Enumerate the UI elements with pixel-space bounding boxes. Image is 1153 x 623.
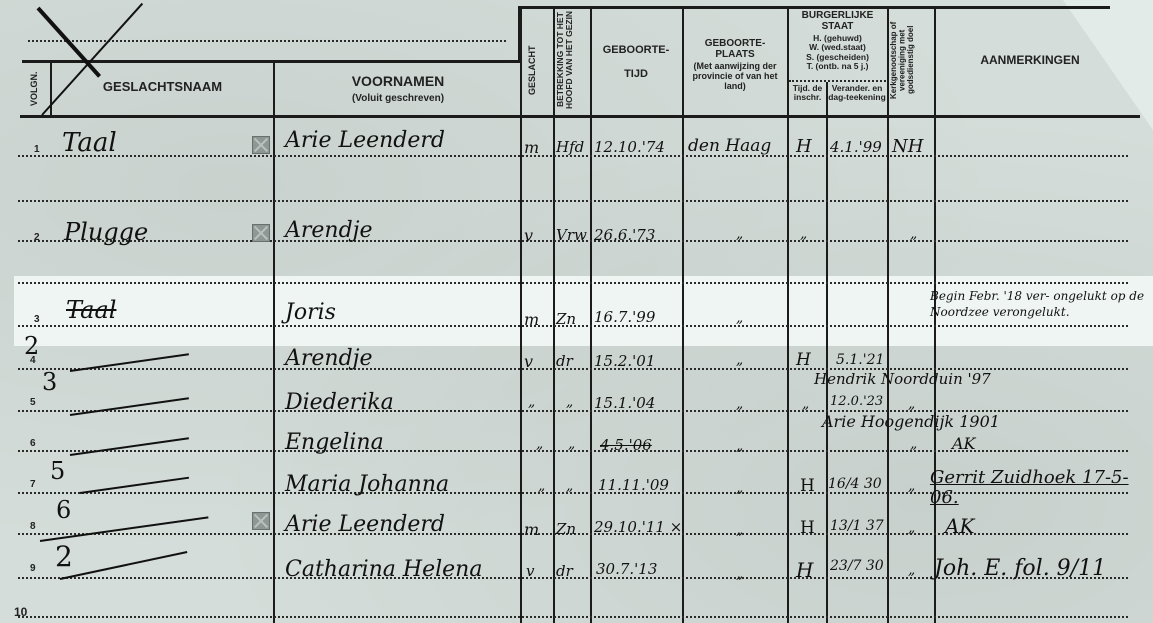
header-geboortetijd-2: TIJD: [592, 68, 680, 80]
relation: dr: [556, 352, 573, 370]
header-voornamen-sub: (Voluit geschreven): [278, 93, 518, 104]
birth-place: den Haag: [688, 136, 771, 156]
civil-date: 12.0.'23: [830, 394, 883, 409]
sex: v: [526, 562, 534, 580]
relation: Vrw: [556, 226, 587, 244]
row-number: 2: [34, 232, 40, 243]
header-kerkgenootschap: Kerkgenootschap of vereeniging met godsd…: [890, 8, 932, 112]
row-line: [18, 282, 1128, 284]
birth-date: 11.11.'09: [598, 476, 669, 494]
header-aanmerkingen: AANMERKINGEN: [940, 54, 1120, 67]
civil-date: 13/1 37: [830, 518, 884, 534]
church: „: [908, 520, 915, 536]
surname: Taal: [66, 296, 116, 324]
first-names: Arendje: [285, 218, 373, 243]
col-rule: [682, 6, 684, 623]
civil-date: 16/4 30: [828, 476, 882, 492]
header-geboortetijd: GEBOORTE-: [592, 44, 680, 56]
header-top-rule-right: [518, 6, 1110, 9]
first-names: Joris: [285, 300, 336, 325]
row-number: 5: [30, 397, 36, 408]
church: „: [908, 478, 915, 494]
birth-place: „: [736, 522, 743, 538]
remarks: Joh. E. fol. 9/11: [934, 556, 1106, 581]
register-stamp-icon: [252, 136, 270, 154]
birth-place: „: [736, 396, 743, 412]
header-geslachtsnaam: GESLACHTSNAAM: [55, 80, 270, 94]
remarks: Hendrik Noordduin '97: [814, 370, 991, 388]
first-names: Arie Leenderd: [285, 128, 445, 153]
birth-date: 29.10.'11 ×: [594, 518, 682, 536]
civil-state: H: [796, 350, 811, 370]
col-rule: [826, 82, 828, 623]
civil-state: H: [800, 476, 815, 496]
col-rule: [50, 62, 52, 117]
row-line: [18, 200, 1128, 202]
birth-date: 15.1.'04: [594, 394, 655, 412]
margin-number: 2: [24, 332, 39, 360]
relation: „: [566, 394, 573, 410]
civil-state: H: [796, 558, 813, 582]
civil-date: 23/7 30: [830, 558, 884, 574]
first-names: Maria Johanna: [285, 472, 449, 497]
row-line: [18, 616, 1128, 618]
sex: v: [524, 226, 533, 245]
col-rule: [520, 6, 522, 623]
row-number: 6: [30, 438, 36, 449]
church: „: [910, 226, 917, 242]
surname: Taal: [62, 128, 117, 158]
header-geslacht: GESLACHT: [528, 30, 546, 110]
dotted-rule: [28, 40, 506, 42]
birth-date: 30.7.'13: [596, 560, 657, 578]
header-betrekking: BETREKKING TOT HET HOOFD VAN HET GEZIN: [556, 10, 588, 110]
header-tijd-inschr: Tijd. de inschr.: [789, 84, 826, 103]
header-burgerlijke-staat: BURGERLIJKE STAAT: [789, 10, 886, 32]
relation: dr: [556, 562, 573, 580]
row-number: 8: [30, 521, 36, 532]
civil-state: H: [800, 518, 815, 538]
ditto-stroke: [70, 437, 189, 456]
header-geboorteplaats-sub: (Met aanwijzing der provincie of van het…: [686, 62, 784, 92]
civil-date: 4.1.'99: [830, 138, 882, 156]
register-stamp-icon: [252, 224, 270, 242]
birth-place: „: [736, 480, 743, 496]
ditto-stroke: [60, 551, 188, 580]
register-stamp-icon: [252, 512, 270, 530]
remarks: AK: [952, 434, 976, 453]
remarks: Arie Hoogendijk 1901: [822, 412, 1000, 431]
church: „: [910, 436, 917, 452]
margin-number: 3: [42, 368, 57, 396]
sex: v: [524, 352, 533, 371]
ditto-stroke: [70, 397, 189, 416]
birth-date: 15.2.'01: [594, 352, 655, 370]
first-names: Catharina Helena: [285, 556, 510, 585]
church: „: [908, 396, 915, 412]
header-bs-legend: H. (gehuwd) W. (wed.staat) S. (gescheide…: [789, 34, 886, 71]
row-number: 1: [34, 144, 40, 155]
first-names: Arendje: [285, 346, 373, 371]
sex: m: [524, 520, 539, 539]
relation: „: [566, 478, 573, 494]
sex: „: [536, 436, 543, 452]
civil-state: „: [802, 396, 809, 412]
birth-place: „: [736, 352, 743, 368]
header-top-rule: [22, 60, 520, 63]
sex: m: [524, 138, 539, 157]
row-number: 7: [30, 479, 36, 490]
birth-date: 26.6.'73: [594, 226, 655, 244]
row-number: 10: [14, 605, 27, 619]
remarks: AK: [945, 514, 974, 538]
margin-number: 5: [50, 457, 65, 485]
remarks: Begin Febr. '18 ver- ongelukt op de Noor…: [930, 288, 1150, 320]
civil-date: 5.1.'21: [836, 352, 884, 368]
surname: Plugge: [64, 218, 148, 246]
sex: „: [538, 478, 545, 494]
birth-place: „: [736, 310, 743, 326]
cross-out-stroke: [37, 7, 102, 78]
margin-number: 2: [55, 540, 73, 573]
row-number: 9: [30, 563, 36, 574]
sex: m: [524, 310, 539, 329]
birth-place: „: [736, 438, 743, 454]
relation: Zn: [556, 310, 576, 328]
row-number: 3: [34, 314, 40, 325]
birth-date: 4.5.'06: [600, 436, 652, 454]
legend-t: T. (ontb. na 5 j.): [789, 62, 886, 71]
header-bottom-rule: [20, 115, 1140, 118]
sex: „: [528, 394, 535, 410]
col-rule: [590, 6, 592, 623]
relation: Hfd: [556, 138, 584, 156]
register-card: VOLGN. GESLACHTSNAAM VOORNAMEN (Voluit g…: [0, 0, 1153, 623]
birth-place: „: [736, 226, 743, 242]
church: „: [908, 562, 915, 578]
first-names: Arie Leenderd: [285, 512, 445, 537]
relation: „: [568, 436, 575, 452]
header-verander: Verander. en dag-teekening: [828, 84, 886, 103]
first-names: Diederika: [285, 390, 394, 415]
birth-place: „: [736, 566, 743, 582]
remarks: Gerrit Zuidhoek 17-5-06.: [930, 468, 1130, 508]
header-volgnr: VOLGN.: [30, 64, 44, 114]
header-voornamen: VOORNAMEN: [278, 74, 518, 89]
first-names: Engelina: [285, 430, 384, 455]
birth-date: 12.10.'74: [594, 138, 665, 156]
church: NH: [892, 136, 923, 157]
sub-rule: [789, 80, 886, 82]
header-geboorteplaats: GEBOORTE- PLAATS: [684, 38, 786, 60]
civil-state: „: [800, 226, 807, 242]
birth-date: 16.7.'99: [594, 308, 655, 326]
relation: Zn: [556, 520, 576, 538]
civil-state: H: [796, 136, 812, 157]
margin-number: 6: [56, 496, 71, 524]
col-rule: [273, 62, 275, 623]
